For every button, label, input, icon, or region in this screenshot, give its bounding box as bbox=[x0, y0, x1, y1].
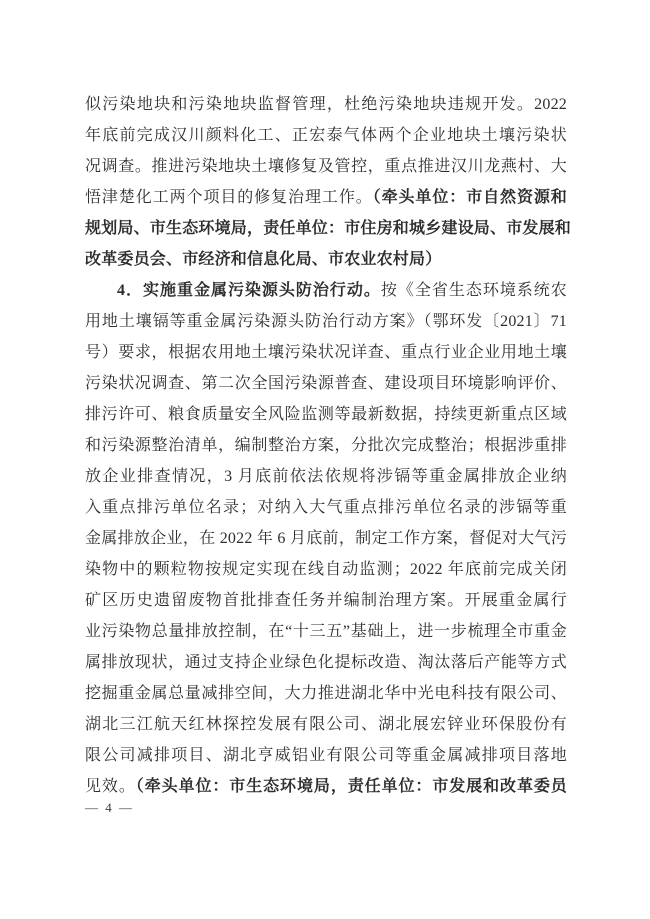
text-line: 业污染物总量排放控制，在“十三五”基础上，进一步梳理全市重金 bbox=[85, 616, 567, 647]
text-segment: 排污许可、粮食质量安全风险监测等最新数据，持续更新重点区域 bbox=[85, 406, 567, 423]
text-line: 染物中的颗粒物按规定实现在线自动监测；2022 年底前完成关闭 bbox=[85, 554, 567, 585]
text-segment: 矿区历史遗留废物首批排查任务并编制治理方案。开展重金属行 bbox=[85, 592, 567, 609]
text-line: 湖北三江航天红林探控发展有限公司、湖北展宏锌业环保股份有 bbox=[85, 709, 567, 740]
text-segment: 放企业排查情况，3 月底前依法依规将涉镉等重金属排放企业纳 bbox=[85, 468, 567, 485]
text-segment: 和污染源整治清单，编制整治方案，分批次完成整治；根据涉重排 bbox=[85, 437, 567, 454]
text-segment: 入重点排污单位名录；对纳入大气重点排污单位名录的涉镉等重 bbox=[85, 499, 567, 516]
text-segment: 年底前完成汉川颜料化工、正宏泰气体两个企业地块土壤污染状 bbox=[85, 127, 567, 144]
text-line: 况调查。推进污染地块土壤修复及管控，重点推进汉川龙燕村、大 bbox=[85, 151, 567, 182]
text-segment: 况调查。推进污染地块土壤修复及管控，重点推进汉川龙燕村、大 bbox=[85, 158, 567, 175]
text-line: 似污染地块和污染地块监督管理，杜绝污染地块违规开发。2022 bbox=[85, 89, 567, 120]
text-line: 挖掘重金属总量减排空间，大力推进湖北华中光电科技有限公司、 bbox=[85, 678, 567, 709]
text-segment: 污染状况调查、第二次全国污染源普查、建设项目环境影响评价、 bbox=[85, 375, 567, 392]
text-segment: 用地土壤镉等重金属污染源头防治行动方案》（鄂环发〔2021〕71 bbox=[85, 313, 567, 330]
text-line: 年底前完成汉川颜料化工、正宏泰气体两个企业地块土壤污染状 bbox=[85, 120, 567, 151]
text-segment: 似污染地块和污染地块监督管理，杜绝污染地块违规开发。2022 bbox=[85, 96, 567, 113]
text-line: 放企业排查情况，3 月底前依法依规将涉镉等重金属排放企业纳 bbox=[85, 461, 567, 492]
text-segment: 号）要求，根据农用地土壤污染状况详查、重点行业企业用地土壤 bbox=[85, 344, 567, 361]
text-line: 规划局、市生态环境局，责任单位：市住房和城乡建设局、市发展和 bbox=[85, 213, 567, 244]
text-segment: 挖掘重金属总量减排空间，大力推进湖北华中光电科技有限公司、 bbox=[85, 685, 567, 702]
text-segment-bold: （牵头单位：市自然资源和 bbox=[373, 189, 567, 206]
text-segment: 按《全省生态环境系统农 bbox=[381, 282, 567, 299]
text-line: 限公司减排项目、湖北亨威铝业有限公司等重金属减排项目落地 bbox=[85, 740, 567, 771]
text-line: 悟津楚化工两个项目的修复治理工作。（牵头单位：市自然资源和 bbox=[85, 182, 567, 213]
text-segment: 业污染物总量排放控制，在“十三五”基础上，进一步梳理全市重金 bbox=[85, 623, 567, 640]
text-segment: 见效。 bbox=[85, 778, 136, 795]
text-line: 和污染源整治清单，编制整治方案，分批次完成整治；根据涉重排 bbox=[85, 430, 567, 461]
text-line: 用地土壤镉等重金属污染源头防治行动方案》（鄂环发〔2021〕71 bbox=[85, 306, 567, 337]
page-number: — 4 — bbox=[85, 799, 134, 817]
text-segment: 染物中的颗粒物按规定实现在线自动监测；2022 年底前完成关闭 bbox=[85, 561, 567, 578]
text-line: 属排放现状，通过支持企业绿色化提标改造、淘汰落后产能等方式 bbox=[85, 647, 567, 678]
text-segment: 悟津楚化工两个项目的修复治理工作。 bbox=[85, 189, 373, 206]
text-line: 入重点排污单位名录；对纳入大气重点排污单位名录的涉镉等重 bbox=[85, 492, 567, 523]
document-page: 似污染地块和污染地块监督管理，杜绝污染地块违规开发。2022年底前完成汉川颜料化… bbox=[0, 0, 650, 919]
text-line: 4．实施重金属污染源头防治行动。按《全省生态环境系统农 bbox=[85, 275, 567, 306]
document-body: 似污染地块和污染地块监督管理，杜绝污染地块违规开发。2022年底前完成汉川颜料化… bbox=[85, 89, 567, 802]
text-line: 排污许可、粮食质量安全风险监测等最新数据，持续更新重点区域 bbox=[85, 399, 567, 430]
text-segment: 限公司减排项目、湖北亨威铝业有限公司等重金属减排项目落地 bbox=[85, 747, 567, 764]
text-line: 污染状况调查、第二次全国污染源普查、建设项目环境影响评价、 bbox=[85, 368, 567, 399]
text-segment-bold: 规划局、市生态环境局，责任单位：市住房和城乡建设局、市发展和 bbox=[85, 220, 571, 237]
text-line: 金属排放企业，在 2022 年 6 月底前，制定工作方案，督促对大气污 bbox=[85, 523, 567, 554]
text-line: 矿区历史遗留废物首批排查任务并编制治理方案。开展重金属行 bbox=[85, 585, 567, 616]
text-line: 见效。（牵头单位：市生态环境局，责任单位：市发展和改革委员 bbox=[85, 771, 567, 802]
text-segment: 金属排放企业，在 2022 年 6 月底前，制定工作方案，督促对大气污 bbox=[85, 530, 567, 547]
text-segment-bold: 改革委员会、市经济和信息化局、市农业农村局） bbox=[85, 251, 441, 268]
text-segment-bold: （牵头单位：市生态环境局，责任单位：市发展和改革委员 bbox=[136, 778, 567, 795]
text-line: 改革委员会、市经济和信息化局、市农业农村局） bbox=[85, 244, 567, 275]
text-segment-bold: 4．实施重金属污染源头防治行动。 bbox=[117, 282, 381, 299]
text-segment: 湖北三江航天红林探控发展有限公司、湖北展宏锌业环保股份有 bbox=[85, 716, 567, 733]
text-line: 号）要求，根据农用地土壤污染状况详查、重点行业企业用地土壤 bbox=[85, 337, 567, 368]
text-segment: 属排放现状，通过支持企业绿色化提标改造、淘汰落后产能等方式 bbox=[85, 654, 567, 671]
